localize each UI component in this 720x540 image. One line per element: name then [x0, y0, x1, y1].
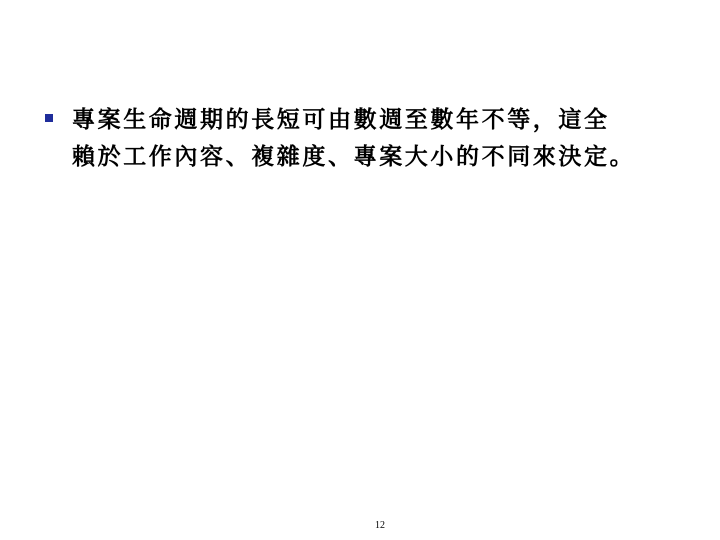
bullet-text: 專案生命週期的長短可由數週至數年不等，這全 賴於工作內容、複雜度、專案大小的不同…	[72, 101, 672, 175]
bullet-text-line: 賴於工作內容、複雜度、專案大小的不同來決定。	[72, 138, 672, 175]
square-bullet-icon	[45, 114, 53, 122]
bullet-text-line: 專案生命週期的長短可由數週至數年不等，這全	[72, 101, 672, 138]
slide: 專案生命週期的長短可由數週至數年不等，這全 賴於工作內容、複雜度、專案大小的不同…	[0, 0, 720, 540]
page-number: 12	[360, 520, 400, 531]
